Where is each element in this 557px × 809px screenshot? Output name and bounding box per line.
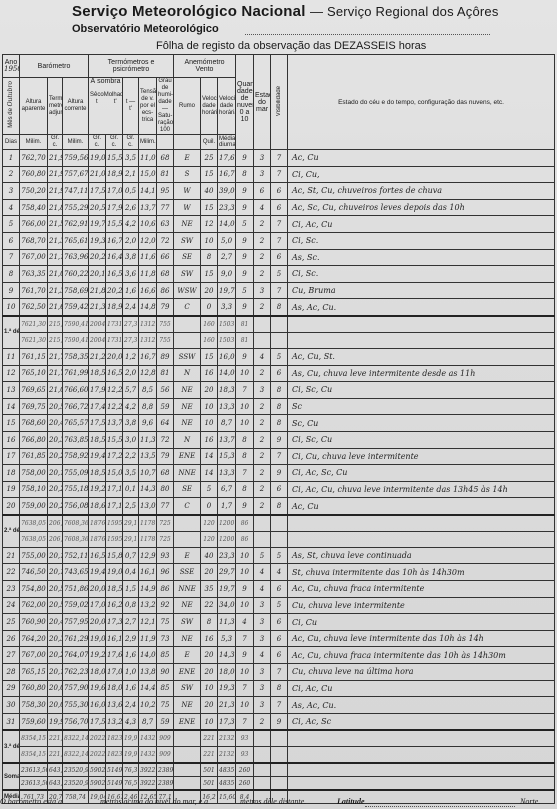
decade-value: 909 xyxy=(157,730,174,747)
tadj-cell: 20,5 xyxy=(48,581,63,598)
mar-cell: 2 xyxy=(254,415,271,432)
corr-cell: 759,02 xyxy=(63,597,89,614)
day-cell: 30 xyxy=(3,697,20,714)
seco-cell: 18,5 xyxy=(89,365,106,382)
decade-value: 221,6 xyxy=(48,730,63,747)
day-cell: 16 xyxy=(3,431,20,448)
med-cell: 13,7 xyxy=(218,431,236,448)
rumo-cell: W xyxy=(174,199,201,216)
tens-cell: 8,7 xyxy=(139,713,157,730)
empty-cell xyxy=(288,747,555,764)
tadj-cell: 20,1 xyxy=(48,564,63,581)
corr-cell: 762,23 xyxy=(63,664,89,681)
decade-value: 909 xyxy=(157,747,174,764)
tens-cell: 12,0 xyxy=(139,232,157,249)
neb-cell: 9 xyxy=(236,647,254,664)
empty-cell xyxy=(288,531,555,547)
decade-value: 206,6 xyxy=(48,515,63,532)
alt-cell: 767,00 xyxy=(20,249,48,266)
med-cell: 5,3 xyxy=(218,630,236,647)
mar-cell: 2 xyxy=(254,266,271,283)
hum-cell: 75 xyxy=(157,614,174,631)
rumo-cell: S xyxy=(174,166,201,183)
tens-cell: 14,8 xyxy=(139,299,157,316)
med-cell: 13,3 xyxy=(218,465,236,482)
shade-header: À sombraSêco tMolhado t' xyxy=(89,78,123,135)
tadj-cell: 20,4 xyxy=(48,614,63,631)
sky-state-cell: Ci, Sc, Cu xyxy=(288,382,555,399)
vis-cell: 8 xyxy=(271,498,288,515)
dif-cell: 3,6 xyxy=(123,266,139,283)
unit-label: Gr. c. xyxy=(106,135,123,150)
vis-cell: 9 xyxy=(271,713,288,730)
alt-cell: 762,00 xyxy=(20,597,48,614)
molh-cell: 17,9 xyxy=(106,199,123,216)
decade-value: 1503 xyxy=(218,316,236,333)
alt-cell: 765,10 xyxy=(20,365,48,382)
alt-cell: 762,50 xyxy=(20,299,48,316)
table-row: 18758,0020,1755,0918,515,03,510,768NNE14… xyxy=(3,465,555,482)
sky-state-cell: Ci, Ac, Sc, Cu xyxy=(288,465,555,482)
med-cell: 23,3 xyxy=(218,547,236,564)
table-row: 15768,6020,4765,5717,513,73,89,664NE108,… xyxy=(3,415,555,432)
decade-value: 2004 xyxy=(89,332,106,348)
corr-cell: 763,85 xyxy=(63,431,89,448)
vis-cell: 6 xyxy=(271,630,288,647)
tens-cell: 13,7 xyxy=(139,199,157,216)
anemometer-header: AnemómetroVento xyxy=(174,55,236,78)
hum-cell: 66 xyxy=(157,249,174,266)
decade-value: 81 xyxy=(236,316,254,333)
apparent-height-header: Altura aparente xyxy=(20,78,48,135)
sum-value xyxy=(174,777,201,791)
vel-cell: 20 xyxy=(201,564,218,581)
sky-state-cell: As, Ac, Cu. xyxy=(288,299,555,316)
seco-cell: 16,0 xyxy=(89,697,106,714)
vis-cell: 6 xyxy=(271,249,288,266)
decade-value: 755 xyxy=(157,316,174,333)
vel-cell: 8 xyxy=(201,249,218,266)
day-cell: 18 xyxy=(3,465,20,482)
tadj-cell: 20,3 xyxy=(48,431,63,448)
mar-cell: 4 xyxy=(254,581,271,598)
rumo-cell: WSW xyxy=(174,282,201,299)
vis-cell: 6 xyxy=(271,581,288,598)
rumo-cell: SW xyxy=(174,266,201,283)
tadj-cell: 20,2 xyxy=(48,498,63,515)
med-cell: 14,3 xyxy=(218,647,236,664)
neb-cell: 10 xyxy=(236,664,254,681)
sum-value: 3922 xyxy=(139,763,157,777)
day-cell: 29 xyxy=(3,680,20,697)
sky-state-cell: Sc, Cu xyxy=(288,415,555,432)
med-cell: 19,7 xyxy=(218,282,236,299)
hum-cell: 75 xyxy=(157,697,174,714)
sky-state-cell: Ci, Ac, Cu, chuva leve intermitente das … xyxy=(288,481,555,498)
empty-cell xyxy=(254,730,271,747)
molh-cell: 13,2 xyxy=(106,713,123,730)
table-row: 16766,8020,3763,8518,515,53,011,372N1613… xyxy=(3,431,555,448)
unit-label xyxy=(174,135,201,150)
seco-cell: 21,8 xyxy=(89,282,106,299)
day-cell: 23 xyxy=(3,581,20,598)
mar-cell: 3 xyxy=(254,597,271,614)
decade-value: 1312 xyxy=(139,316,157,333)
tens-cell: 10,2 xyxy=(139,697,157,714)
sky-state-header: Estado do céu e do tempo, configuração d… xyxy=(288,55,555,150)
empty-cell xyxy=(254,316,271,333)
hum-cell: 96 xyxy=(157,564,174,581)
tadj-cell: 20,2 xyxy=(48,448,63,465)
decade-value: 160 xyxy=(201,316,218,333)
corr-cell: 758,69 xyxy=(63,282,89,299)
mar-cell: 3 xyxy=(254,382,271,399)
sky-state-cell: Ci, Cu, chuva leve intermitente xyxy=(288,448,555,465)
barometer-note: O barómetro está a xyxy=(0,797,62,806)
tens-cell: 11,6 xyxy=(139,249,157,266)
corr-cell: 757,67 xyxy=(63,166,89,183)
seco-cell: 18,0 xyxy=(89,664,106,681)
neb-cell: 7 xyxy=(236,465,254,482)
empty-cell xyxy=(288,730,555,747)
alt-cell: 750,20 xyxy=(20,183,48,200)
vel-cell: 16 xyxy=(201,365,218,382)
table-row: 30758,3020,0755,3016,013,62,410,275NE202… xyxy=(3,697,555,714)
dif-cell: 2,4 xyxy=(123,697,139,714)
hum-cell: 77 xyxy=(157,498,174,515)
seco-cell: 21,0 xyxy=(89,166,106,183)
rumo-cell: E xyxy=(174,647,201,664)
decade-value: 1503 xyxy=(218,332,236,348)
decade-value: 7638,05 xyxy=(20,531,48,547)
tadj-cell: 21,7 xyxy=(48,365,63,382)
vel-cell: 14 xyxy=(201,448,218,465)
vis-cell: 7 xyxy=(271,282,288,299)
sum-label: Soma xyxy=(3,763,20,790)
table-row: 14769,7520,5766,7217,412,24,28,859NE1013… xyxy=(3,398,555,415)
alt-cell: 767,00 xyxy=(20,647,48,664)
day-cell: 17 xyxy=(3,448,20,465)
mar-cell: 6 xyxy=(254,183,271,200)
hum-cell: 93 xyxy=(157,547,174,564)
corr-cell: 755,29 xyxy=(63,199,89,216)
tadj-cell: 21,6 xyxy=(48,299,63,316)
dif-cell: 4,3 xyxy=(123,713,139,730)
table-row: 2760,8021,9757,6721,018,92,115,081S1516,… xyxy=(3,166,555,183)
tens-cell: 8,8 xyxy=(139,398,157,415)
mar-cell: 2 xyxy=(254,299,271,316)
med-cell: 6,7 xyxy=(218,481,236,498)
decade-summary-row: 7638,05206,67608,361876159529,1117872512… xyxy=(3,531,555,547)
empty-cell xyxy=(288,763,555,777)
hum-cell: 59 xyxy=(157,713,174,730)
neb-cell: 9 xyxy=(236,498,254,515)
latitude-line xyxy=(365,797,515,807)
rumo-cell: ENE xyxy=(174,664,201,681)
decade-value: 1312 xyxy=(139,332,157,348)
day-cell: 19 xyxy=(3,481,20,498)
sum-value: 23520,91 xyxy=(63,763,89,777)
sum-value: 3922 xyxy=(139,777,157,791)
tens-cell: 16,6 xyxy=(139,282,157,299)
mean-value: 758,74 xyxy=(63,790,89,804)
mar-cell: 2 xyxy=(254,431,271,448)
molh-cell: 17,3 xyxy=(106,614,123,631)
tadj-cell: 21,1 xyxy=(48,249,63,266)
decade-label: 1.ª década xyxy=(3,316,20,349)
vis-cell: 8 xyxy=(271,398,288,415)
year-cell: Ano1950 xyxy=(3,55,20,78)
table-row: 13769,6521,0766,6017,912,25,78,556NE2018… xyxy=(3,382,555,399)
dif-cell: 2,0 xyxy=(123,232,139,249)
unit-label: Milim. xyxy=(139,135,157,150)
vel-cell: 10 xyxy=(201,680,218,697)
seco-cell: 19,4 xyxy=(89,448,106,465)
alt-cell: 761,15 xyxy=(20,348,48,365)
table-row: 11761,1521,7758,3521,220,01,216,789SSW15… xyxy=(3,348,555,365)
day-cell: 21 xyxy=(3,547,20,564)
hum-cell: 90 xyxy=(157,664,174,681)
day-cell: 9 xyxy=(3,282,20,299)
tadj-cell: 21,3 xyxy=(48,232,63,249)
tadj-cell: 21,5 xyxy=(48,216,63,233)
mar-cell: 4 xyxy=(254,647,271,664)
sum-value: 2389 xyxy=(157,777,174,791)
table-row: 1762,7021,9759,5619,015,53,511,068E2517,… xyxy=(3,150,555,167)
vel-cell: 20 xyxy=(201,664,218,681)
decade-value: 27,3 xyxy=(123,316,139,333)
seco-cell: 17,5 xyxy=(89,713,106,730)
decade-value: 7608,36 xyxy=(63,531,89,547)
visibility-header: Visibilidade xyxy=(271,55,288,150)
decade-value: 8322,14 xyxy=(63,747,89,764)
sum-value: 643,5 xyxy=(48,777,63,791)
tens-cell: 10,7 xyxy=(139,465,157,482)
tens-cell: 14,4 xyxy=(139,680,157,697)
alt-cell: 764,20 xyxy=(20,630,48,647)
seco-cell: 20,2 xyxy=(89,249,106,266)
molh-cell: 12,2 xyxy=(106,398,123,415)
hum-cell: 79 xyxy=(157,448,174,465)
med-cell: 2,7 xyxy=(218,249,236,266)
molh-cell: 15,5 xyxy=(106,216,123,233)
tens-cell: 14,0 xyxy=(139,647,157,664)
seco-cell: 20,1 xyxy=(89,266,106,283)
mar-cell: 3 xyxy=(254,680,271,697)
rumo-cell: NE xyxy=(174,597,201,614)
med-cell: 16,7 xyxy=(218,166,236,183)
sum-value: 4835 xyxy=(218,777,236,791)
hum-cell: 64 xyxy=(157,415,174,432)
neb-cell: 10 xyxy=(236,564,254,581)
decade-value: 2004 xyxy=(89,316,106,333)
empty-cell xyxy=(288,316,555,333)
mar-cell: 2 xyxy=(254,465,271,482)
empty-cell xyxy=(254,332,271,348)
alt-cell: 760,80 xyxy=(20,166,48,183)
sky-state-cell: Ci, Cu xyxy=(288,614,555,631)
dif-cell: 3,5 xyxy=(123,465,139,482)
hum-cell: 56 xyxy=(157,382,174,399)
dif-cell: 2,5 xyxy=(123,498,139,515)
sky-state-cell: As, Ac, Cu. xyxy=(288,697,555,714)
tens-cell: 14,3 xyxy=(139,481,157,498)
day-cell: 31 xyxy=(3,713,20,730)
table-row: 31759,6019,9756,7017,513,24,38,759ENE101… xyxy=(3,713,555,730)
molh-cell: 20,2 xyxy=(106,282,123,299)
hum-cell: 85 xyxy=(157,647,174,664)
decade-value: 86 xyxy=(236,531,254,547)
alt-cell: 763,35 xyxy=(20,266,48,283)
tens-cell: 13,0 xyxy=(139,498,157,515)
seco-cell: 16,5 xyxy=(89,547,106,564)
tens-cell: 12,9 xyxy=(139,547,157,564)
neb-cell: 10 xyxy=(236,547,254,564)
decade-value: 1823 xyxy=(106,747,123,764)
sum-value: 260 xyxy=(236,777,254,791)
decade-value: 19,9 xyxy=(123,747,139,764)
mar-cell: 3 xyxy=(254,150,271,167)
tadj-cell: 20,3 xyxy=(48,630,63,647)
corr-cell: 756,08 xyxy=(63,498,89,515)
med-cell: 8,7 xyxy=(218,415,236,432)
altitude-note: metros acima do nível do mar, e a xyxy=(100,797,208,806)
mar-cell: 3 xyxy=(254,697,271,714)
neb-cell: 10 xyxy=(236,415,254,432)
seco-cell: 19,3 xyxy=(89,232,106,249)
wind-direction-header: Rumo xyxy=(174,78,201,135)
rumo-cell: E xyxy=(174,547,201,564)
corr-cell: 755,09 xyxy=(63,465,89,482)
decade-value: 1178 xyxy=(139,531,157,547)
decade-value: 215,3 xyxy=(48,316,63,333)
decade-summary-row: 7621,30215,37590,412004173127,3131275516… xyxy=(3,332,555,348)
mar-cell: 4 xyxy=(254,348,271,365)
seco-cell: 18,5 xyxy=(89,431,106,448)
day-cell: 13 xyxy=(3,382,20,399)
vel-cell: 40 xyxy=(201,547,218,564)
sheet-title: Fôlha de registo da observação das DEZAS… xyxy=(156,40,426,52)
dif-cell: 2,6 xyxy=(123,199,139,216)
sum-value: 23613,50 xyxy=(20,777,48,791)
molh-cell: 15,5 xyxy=(106,431,123,448)
tens-cell: 11,0 xyxy=(139,150,157,167)
corr-cell: 761,29 xyxy=(63,630,89,647)
decade-value xyxy=(174,730,201,747)
alt-cell: 758,40 xyxy=(20,199,48,216)
rumo-cell: SE xyxy=(174,249,201,266)
neb-cell: 8 xyxy=(236,481,254,498)
seco-cell: 19,7 xyxy=(89,216,106,233)
table-row: 19758,1020,2755,1819,217,10,114,380SE56,… xyxy=(3,481,555,498)
alt-cell: 765,15 xyxy=(20,664,48,681)
tens-cell: 8,5 xyxy=(139,382,157,399)
page-title: Serviço Meteorológico Nacional — Serviço… xyxy=(72,3,499,20)
mar-cell: 2 xyxy=(254,481,271,498)
seco-cell: 17,5 xyxy=(89,415,106,432)
vis-cell: 8 xyxy=(271,299,288,316)
corr-cell: 759,42 xyxy=(63,299,89,316)
dif-cell: 0,4 xyxy=(123,564,139,581)
day-cell: 5 xyxy=(3,216,20,233)
vel-cell: 10 xyxy=(201,713,218,730)
dif-cell: 3,5 xyxy=(123,150,139,167)
hum-cell: 68 xyxy=(157,150,174,167)
corr-cell: 760,22 xyxy=(63,266,89,283)
molh-cell: 15,0 xyxy=(106,465,123,482)
day-cell: 1 xyxy=(3,150,20,167)
vel-cell: 20 xyxy=(201,647,218,664)
attached-thermometer-header: Termó-metro adjunto xyxy=(48,78,63,135)
table-row: 3750,2021,9747,1117,517,00,514,195W4039,… xyxy=(3,183,555,200)
vel-cell: 0 xyxy=(201,299,218,316)
med-cell: 9,0 xyxy=(218,266,236,283)
decade-value: 8354,15 xyxy=(20,747,48,764)
decade-value: 1200 xyxy=(218,515,236,532)
dif-cell: 1,6 xyxy=(123,680,139,697)
vis-cell: 7 xyxy=(271,216,288,233)
seco-cell: 17,5 xyxy=(89,183,106,200)
rumo-cell: N xyxy=(174,431,201,448)
corr-cell: 765,61 xyxy=(63,232,89,249)
rumo-cell: NE xyxy=(174,697,201,714)
vis-cell: 9 xyxy=(271,431,288,448)
observation-sheet: Serviço Meteorológico Nacional — Serviço… xyxy=(0,0,557,809)
tens-cell: 15,0 xyxy=(139,166,157,183)
seco-cell: 19,4 xyxy=(89,564,106,581)
unit-label: Gr. c. xyxy=(123,135,139,150)
seco-cell: 20,5 xyxy=(89,199,106,216)
decade-value: 93 xyxy=(236,747,254,764)
decade-value: 86 xyxy=(236,515,254,532)
day-cell: 28 xyxy=(3,664,20,681)
sum-value: 501 xyxy=(201,763,218,777)
rumo-cell: NE xyxy=(174,415,201,432)
sky-state-cell: Ac, Cu, chuva leve intermitente das 10h … xyxy=(288,630,555,647)
tadj-cell: 21,3 xyxy=(48,282,63,299)
alt-cell: 759,00 xyxy=(20,498,48,515)
vel-cell: 40 xyxy=(201,183,218,200)
molh-cell: 17,0 xyxy=(106,664,123,681)
corr-cell: 743,65 xyxy=(63,564,89,581)
unit-label: Milim. xyxy=(20,135,48,150)
decade-value: 725 xyxy=(157,531,174,547)
vel-cell: 20 xyxy=(201,697,218,714)
mar-cell: 4 xyxy=(254,199,271,216)
mar-cell: 3 xyxy=(254,614,271,631)
dif-cell: 3,8 xyxy=(123,415,139,432)
decade-value xyxy=(174,515,201,532)
corr-cell: 764,07 xyxy=(63,647,89,664)
empty-cell xyxy=(254,763,271,777)
seco-cell: 19,2 xyxy=(89,481,106,498)
decade-label: 3.ª década xyxy=(3,730,20,763)
decade-value: 1432 xyxy=(139,747,157,764)
decade-value: 1432 xyxy=(139,730,157,747)
molh-cell: 13,7 xyxy=(106,415,123,432)
med-cell: 5,0 xyxy=(218,232,236,249)
unit-label: Gr. c. xyxy=(89,135,106,150)
corr-cell: 759,56 xyxy=(63,150,89,167)
dif-cell: 2,0 xyxy=(123,365,139,382)
sum-value: 5149 xyxy=(106,777,123,791)
day-cell: 10 xyxy=(3,299,20,316)
decade-value: 1595 xyxy=(106,515,123,532)
hum-cell: 59 xyxy=(157,398,174,415)
sum-value: 4835 xyxy=(218,763,236,777)
sky-state-cell: Ac, Cu xyxy=(288,498,555,515)
vel-cell: 22 xyxy=(201,597,218,614)
